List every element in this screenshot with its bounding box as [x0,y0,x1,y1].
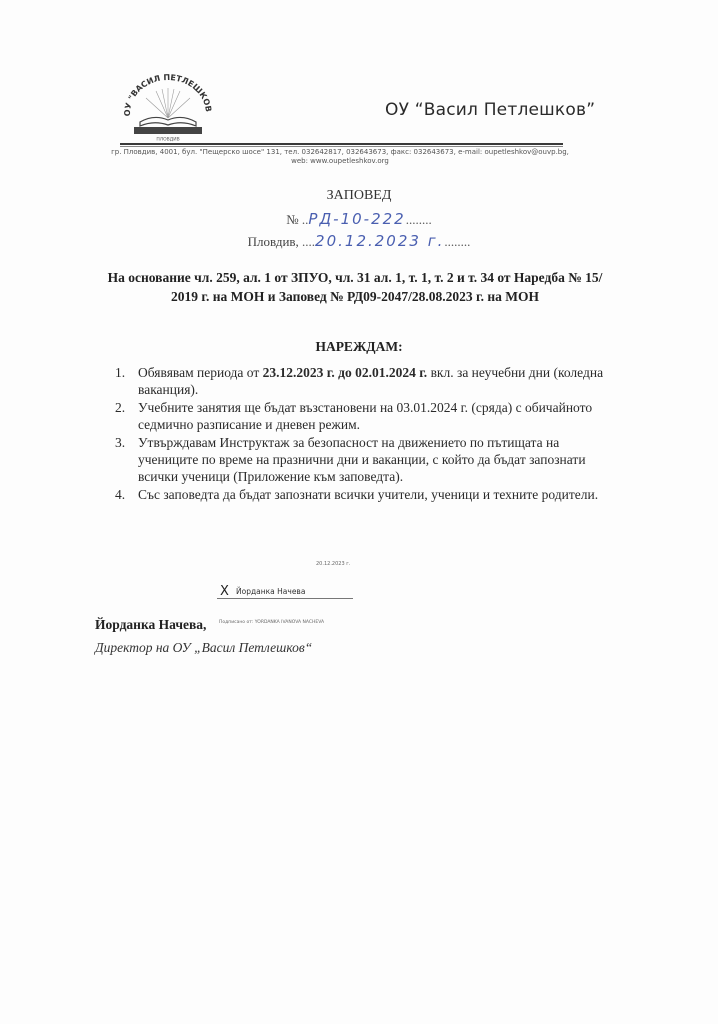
document-place-date: Пловдив, ....20.12.2023 г......... [0,232,718,250]
signer-role: Директор на ОУ „Васил Петлешков“ [95,640,312,656]
order-list: 1.Обявявам периода от 23.12.2023 г. до 0… [115,364,610,504]
signature-date: 20.12.2023 г. [316,561,350,567]
signer-name: Йорданка Начева, [95,617,206,633]
order-item: 3.Утвърждавам Инструктаж за безопасност … [115,434,610,485]
order-item: 1.Обявявам периода от 23.12.2023 г. до 0… [115,364,610,398]
signature-line [217,598,353,599]
legal-basis: На основание чл. 259, ал. 1 от ЗПУО, чл.… [95,268,615,306]
school-name: ОУ “Васил Петлешков” [385,100,595,120]
order-item: 2.Учебните занятия ще бъдат възстановени… [115,399,610,433]
contact-address: гр. Пловдив, 4001, бул. "Пещерско шосе" … [100,148,580,157]
signature-mark-icon: X [220,584,229,599]
document-number: № ..РД-10-222........ [0,210,718,228]
order-item: 4.Със заповедта да бъдат запознати всичк… [115,486,610,503]
city-label: Пловдив, [248,234,299,249]
svg-text:ОУ "ВАСИЛ ПЕТЛЕШКОВ": ОУ "ВАСИЛ ПЕТЛЕШКОВ" [118,70,213,116]
svg-text:ПЛОВДИВ: ПЛОВДИВ [156,137,179,143]
header-divider [120,143,563,145]
contact-info: гр. Пловдив, 4001, бул. "Пещерско шосе" … [100,148,580,166]
order-heading: НАРЕЖДАМ: [0,339,718,355]
digital-signature-note: Подписано от: YORDANKA IVANOVA NACHEVA [219,620,324,625]
number-label: № [286,212,298,227]
number-value-handwritten: РД-10-222 [308,210,405,228]
school-logo: ОУ "ВАСИЛ ПЕТЛЕШКОВ" ПЛОВДИВ [118,70,218,142]
header-divider-thin [120,146,563,147]
document-title: ЗАПОВЕД [0,188,718,204]
signature-name: Йорданка Начева [236,587,305,596]
date-value-handwritten: 20.12.2023 г. [315,232,444,250]
contact-web: web: www.oupetleshkov.org [100,157,580,166]
